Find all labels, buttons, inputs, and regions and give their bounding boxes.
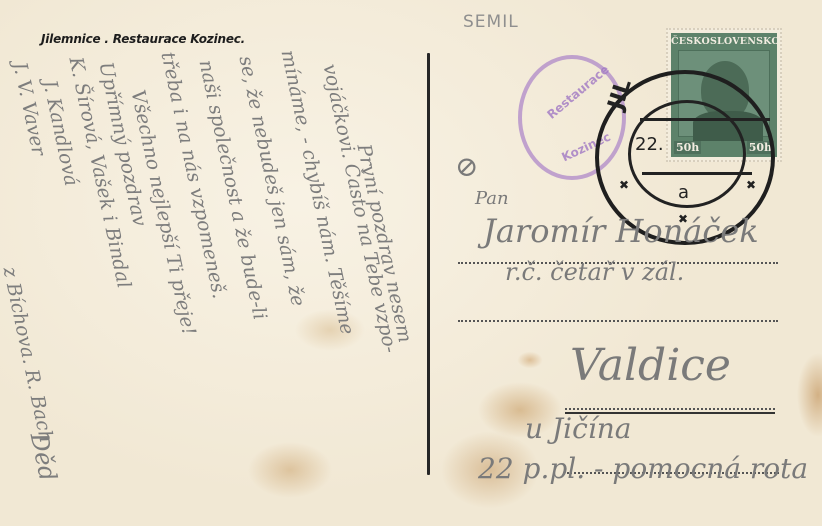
message-line: vojáčkovi. Často na Tebe vzpo- (318, 62, 401, 355)
message-line: třeba i na nás vzpomeneš. (156, 50, 230, 301)
postmark-letter: a (678, 182, 689, 203)
printed-header: Jilemnice . Restaurace Kozinec. (41, 32, 245, 46)
message-line: Upřímný pozdrav (94, 60, 150, 228)
message-line: K. Šírová, Vašek i Bindal (64, 55, 135, 290)
message-line: naši společnost a že bude-li (194, 58, 271, 322)
message-line: J. V. Vaver (8, 60, 49, 158)
address-district: u Jičína (525, 412, 631, 445)
postmark-bar (640, 118, 770, 121)
postmark-star: ✖ (746, 178, 756, 192)
message-line: J. Kandlová (38, 78, 82, 188)
address-rank: r.č. četař v zál. (505, 258, 684, 286)
center-divider (427, 53, 430, 475)
stamp-country: ČESKOSLOVENSKO (671, 36, 777, 47)
address-salutation: Pan (475, 188, 509, 209)
address-town: Valdice (570, 340, 731, 391)
message-line: První pozdrav nesem (352, 142, 416, 345)
message-line: Všechno nejlepší Ti přeje! (126, 88, 200, 337)
address-line-2 (458, 320, 778, 322)
postmark-date: 22. (635, 134, 664, 155)
message-line: se, že nebudeš jen sám, že (234, 54, 309, 308)
signature: Děd (25, 430, 63, 484)
address-circle-mark: ⊘ (455, 150, 478, 183)
address-unit: 22 p.pl. - pomocná rota (478, 452, 808, 485)
note-semil: SEMIL (463, 12, 519, 32)
message-line: mínáme, - chybíš nám. Těšíme (276, 48, 358, 337)
address-name: Jaromír Honáček (483, 212, 759, 250)
postcard-back: Jilemnice . Restaurace Kozinec. První po… (0, 0, 822, 526)
postmark-bar (642, 172, 752, 175)
message-line: z Bíchova. R. Bach (0, 265, 57, 445)
postmark-star: ✖ (619, 178, 629, 192)
